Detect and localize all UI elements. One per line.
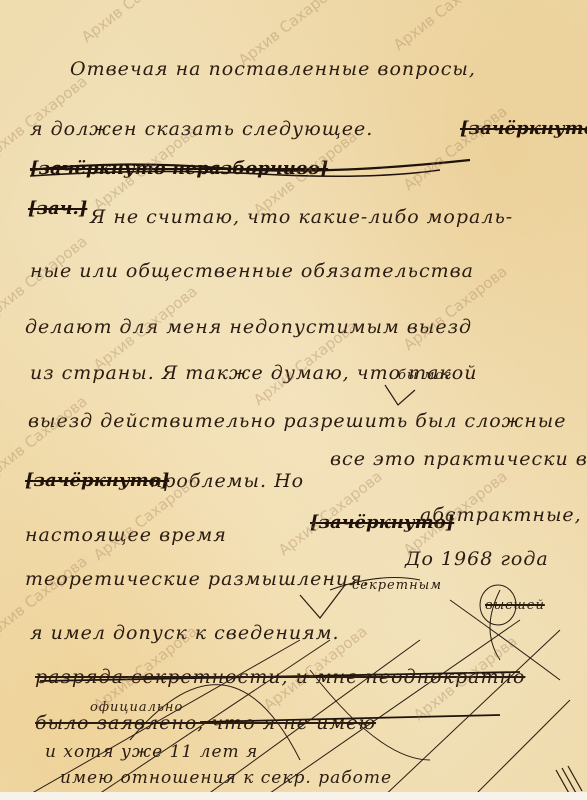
text-line-15: и хотя уже 11 лет я <box>45 742 258 762</box>
text-line-11: теоретические размышления. <box>25 568 370 590</box>
text-line-1: Отвечая на поставленные вопросы, <box>70 58 476 80</box>
text-line-5: ные или общественные обязательства <box>30 260 474 282</box>
text-line-13-struck: разряда секретности, и мне неоднократно <box>35 666 525 688</box>
text-line-3-struck: [зачёркнуто неразборчиво] <box>30 158 470 179</box>
text-line-14-struck: было заявлено, что я не имею <box>35 712 376 734</box>
text-line-12-struck: высшей <box>485 598 545 613</box>
text-line-16: имею отношения к секр. работе <box>60 768 392 788</box>
text-line-2-struck: [зачёркнуто] <box>460 118 587 139</box>
text-line-9-struck: [зачёркнуто] <box>25 470 169 491</box>
text-line-12: я имел допуск к сведениям. <box>30 622 340 644</box>
insertion-sekretnym: секретным <box>352 578 442 593</box>
text-line-4: Я не считаю, что какие-либо мораль- <box>90 206 513 228</box>
text-line-8: выезд действительно разрешить был сложны… <box>28 410 567 432</box>
text-line-10: настоящее время <box>25 524 227 546</box>
text-line-4-prefix-struck: [зач.] <box>28 198 87 219</box>
text-line-11b: До 1968 года <box>405 548 549 570</box>
text-line-2: я должен сказать следующее. <box>30 118 373 140</box>
scan-bottom-margin <box>0 792 587 800</box>
text-line-9: все это практически в <box>330 448 587 470</box>
text-line-10b: абстрактные, <box>420 504 582 526</box>
text-line-9b: проблемы. Но <box>150 470 304 492</box>
manuscript-page: Отвечая на поставленные вопросы, я долже… <box>0 0 587 792</box>
insertion-by-mog: бы мог <box>398 368 452 383</box>
text-line-6: делают для меня недопустимым выезд <box>25 316 472 338</box>
